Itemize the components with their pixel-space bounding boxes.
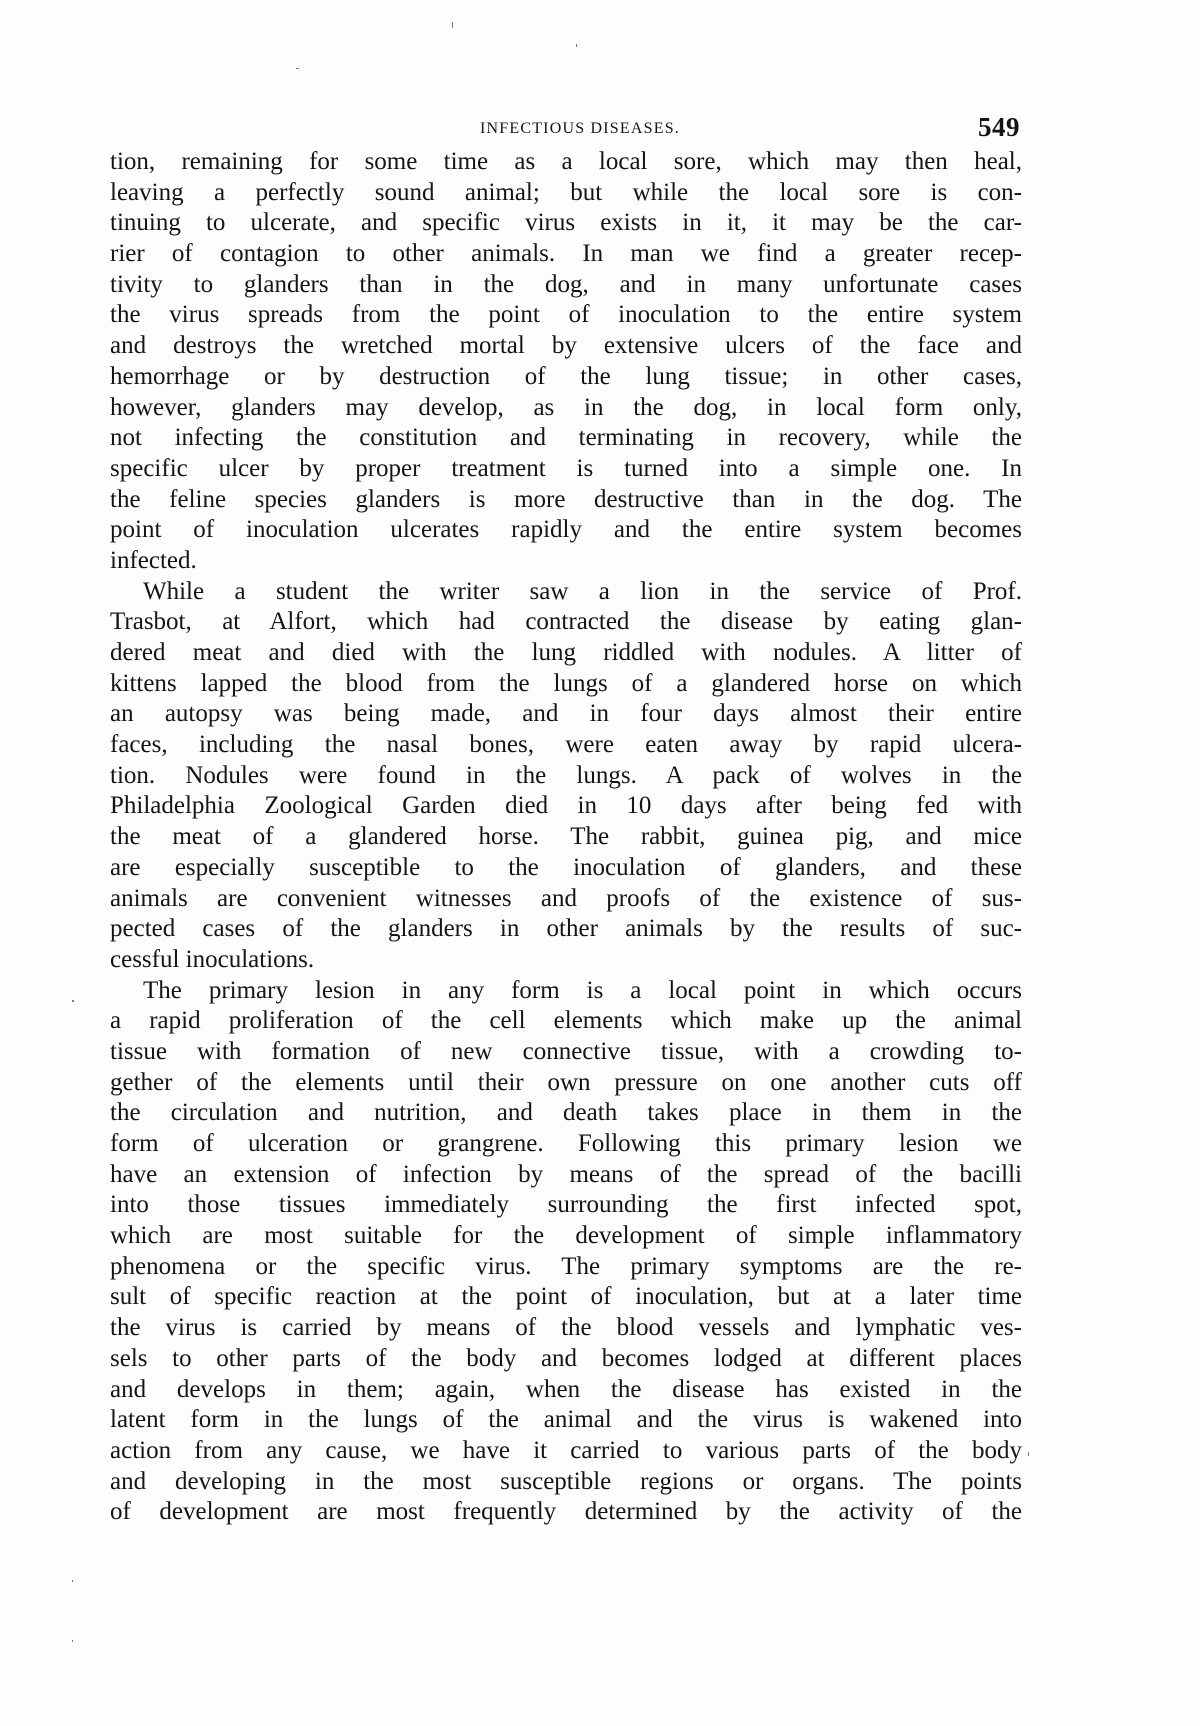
- text-line: form of ulceration or grangrene. Followi…: [110, 1129, 1022, 1160]
- text-line: tivity to glanders than in the dog, and …: [110, 270, 1022, 301]
- paragraph: The primary lesion in any form is a loca…: [110, 976, 1022, 1528]
- text-line: sels to other parts of the body and beco…: [110, 1344, 1022, 1375]
- text-line: the meat of a glandered horse. The rabbi…: [110, 822, 1022, 853]
- text-line: and developing in the most susceptible r…: [110, 1467, 1022, 1498]
- book-page: Infectious Diseases. 549 tion, remaining…: [0, 0, 1200, 1726]
- text-line: specific ulcer by proper treatment is tu…: [110, 454, 1022, 485]
- text-line: an autopsy was being made, and in four d…: [110, 699, 1022, 730]
- text-line: into those tissues immediately surroundi…: [110, 1190, 1022, 1221]
- running-head: Infectious Diseases. 549: [110, 112, 1020, 146]
- text-line: and destroys the wretched mortal by exte…: [110, 331, 1022, 362]
- text-line: which are most suitable for the developm…: [110, 1221, 1022, 1252]
- scan-speck: [72, 1580, 73, 1582]
- text-line: of development are most frequently deter…: [110, 1497, 1022, 1528]
- text-line: Trasbot, at Alfort, which had contracted…: [110, 607, 1022, 638]
- text-line: kittens lapped the blood from the lungs …: [110, 669, 1022, 700]
- text-line: latent form in the lungs of the animal a…: [110, 1405, 1022, 1436]
- text-line: hemorrhage or by destruction of the lung…: [110, 362, 1022, 393]
- text-line: phenomena or the specific virus. The pri…: [110, 1252, 1022, 1283]
- text-line: tion, remaining for some time as a local…: [110, 147, 1022, 178]
- text-line: dered meat and died with the lung riddle…: [110, 638, 1022, 669]
- paragraph: tion, remaining for some time as a local…: [110, 147, 1022, 577]
- text-line: are especially susceptible to the inocul…: [110, 853, 1022, 884]
- body-text: tion, remaining for some time as a local…: [110, 147, 1022, 1528]
- scan-speck: [452, 22, 453, 28]
- text-line: have an extension of infection by means …: [110, 1160, 1022, 1191]
- scan-speck: [576, 44, 577, 47]
- text-line: tissue with formation of new connective …: [110, 1037, 1022, 1068]
- text-line: Philadelphia Zoological Garden died in 1…: [110, 791, 1022, 822]
- text-line: and develops in them; again, when the di…: [110, 1375, 1022, 1406]
- text-line: the virus spreads from the point of inoc…: [110, 300, 1022, 331]
- paragraph: While a student the writer saw a lion in…: [110, 577, 1022, 976]
- text-line: The primary lesion in any form is a loca…: [110, 976, 1022, 1007]
- text-line: sult of specific reaction at the point o…: [110, 1282, 1022, 1313]
- text-line: tinuing to ulcerate, and specific virus …: [110, 208, 1022, 239]
- text-line: animals are convenient witnesses and pro…: [110, 884, 1022, 915]
- text-line: rier of contagion to other animals. In m…: [110, 239, 1022, 270]
- text-line: not infecting the constitution and termi…: [110, 423, 1022, 454]
- running-title: Infectious Diseases.: [110, 120, 1020, 138]
- text-line: While a student the writer saw a lion in…: [110, 577, 1022, 608]
- text-line: infected.: [110, 546, 1022, 577]
- text-line: the circulation and nutrition, and death…: [110, 1098, 1022, 1129]
- text-line: however, glanders may develop, as in the…: [110, 393, 1022, 424]
- text-line: faces, including the nasal bones, were e…: [110, 730, 1022, 761]
- page-number: 549: [978, 112, 1020, 143]
- text-line: a rapid proliferation of the cell elemen…: [110, 1006, 1022, 1037]
- text-line: action from any cause, we have it carrie…: [110, 1436, 1022, 1467]
- scan-speck: [72, 1000, 74, 1002]
- text-line: pected cases of the glanders in other an…: [110, 914, 1022, 945]
- text-line: the virus is carried by means of the blo…: [110, 1313, 1022, 1344]
- text-line: cessful inoculations.: [110, 945, 1022, 976]
- scan-speck: [1028, 1452, 1029, 1456]
- scan-speck: [296, 68, 299, 69]
- text-line: gether of the elements until their own p…: [110, 1068, 1022, 1099]
- text-line: the feline species glanders is more dest…: [110, 485, 1022, 516]
- text-line: point of inoculation ulcerates rapidly a…: [110, 515, 1022, 546]
- scan-speck: [72, 1640, 73, 1642]
- text-line: leaving a perfectly sound animal; but wh…: [110, 178, 1022, 209]
- text-line: tion. Nodules were found in the lungs. A…: [110, 761, 1022, 792]
